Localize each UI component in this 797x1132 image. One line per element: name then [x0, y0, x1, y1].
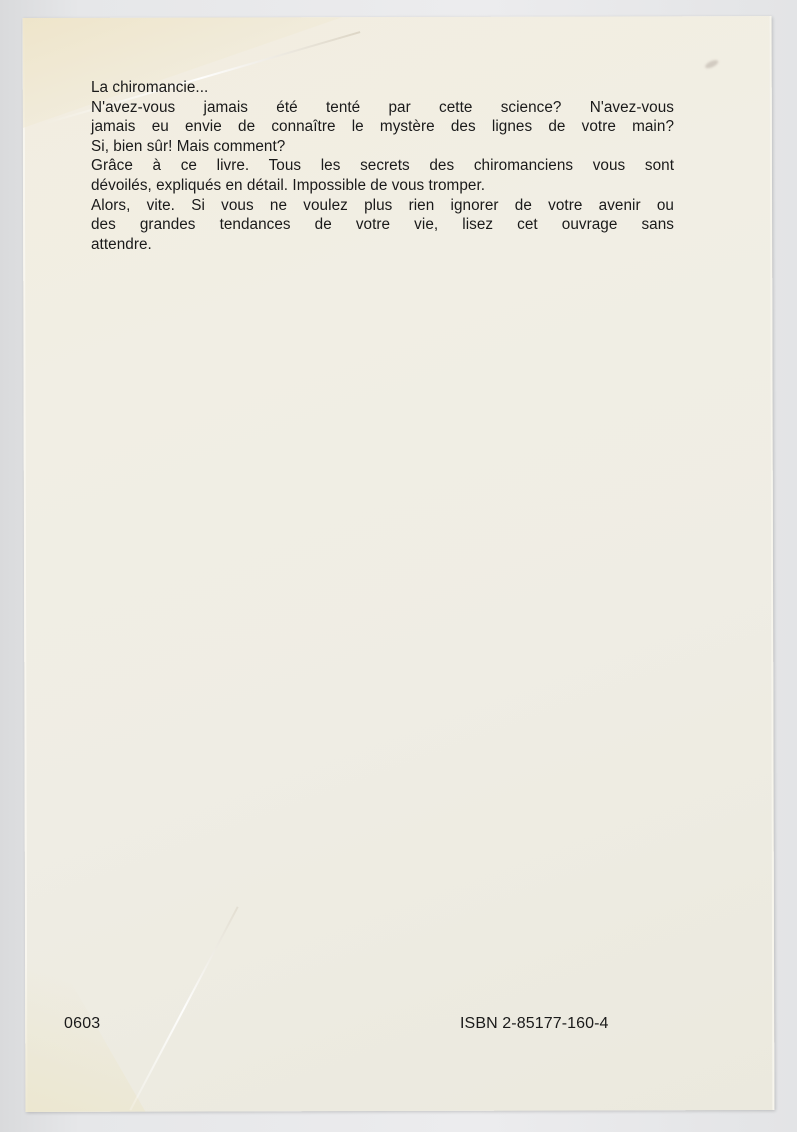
- smudge-mark: [704, 58, 719, 69]
- blurb-line: jamais eu envie de connaître le mystère …: [91, 117, 674, 137]
- blurb-line: Si, bien sûr! Mais comment?: [91, 137, 674, 157]
- isbn-number: ISBN 2-85177-160-4: [460, 1015, 609, 1033]
- product-code: 0603: [64, 1015, 100, 1033]
- blurb-line: attendre.: [91, 235, 674, 255]
- worn-corner-bottom-left: [25, 902, 146, 1112]
- blurb-line: La chiromancie...: [91, 78, 674, 98]
- blurb-line: dévoilés, expliqués en détail. Impossibl…: [91, 176, 674, 196]
- blurb-line: Alors, vite. Si vous ne voulez plus rien…: [91, 196, 674, 216]
- back-cover-blurb: La chiromancie... N'avez-vous jamais été…: [91, 78, 674, 254]
- blurb-line: N'avez-vous jamais été tenté par cette s…: [91, 98, 674, 118]
- blurb-line: des grandes tendances de votre vie, lise…: [91, 215, 674, 235]
- blurb-line: Grâce à ce livre. Tous les secrets des c…: [91, 156, 674, 176]
- crease-bottom-left: [129, 906, 238, 1110]
